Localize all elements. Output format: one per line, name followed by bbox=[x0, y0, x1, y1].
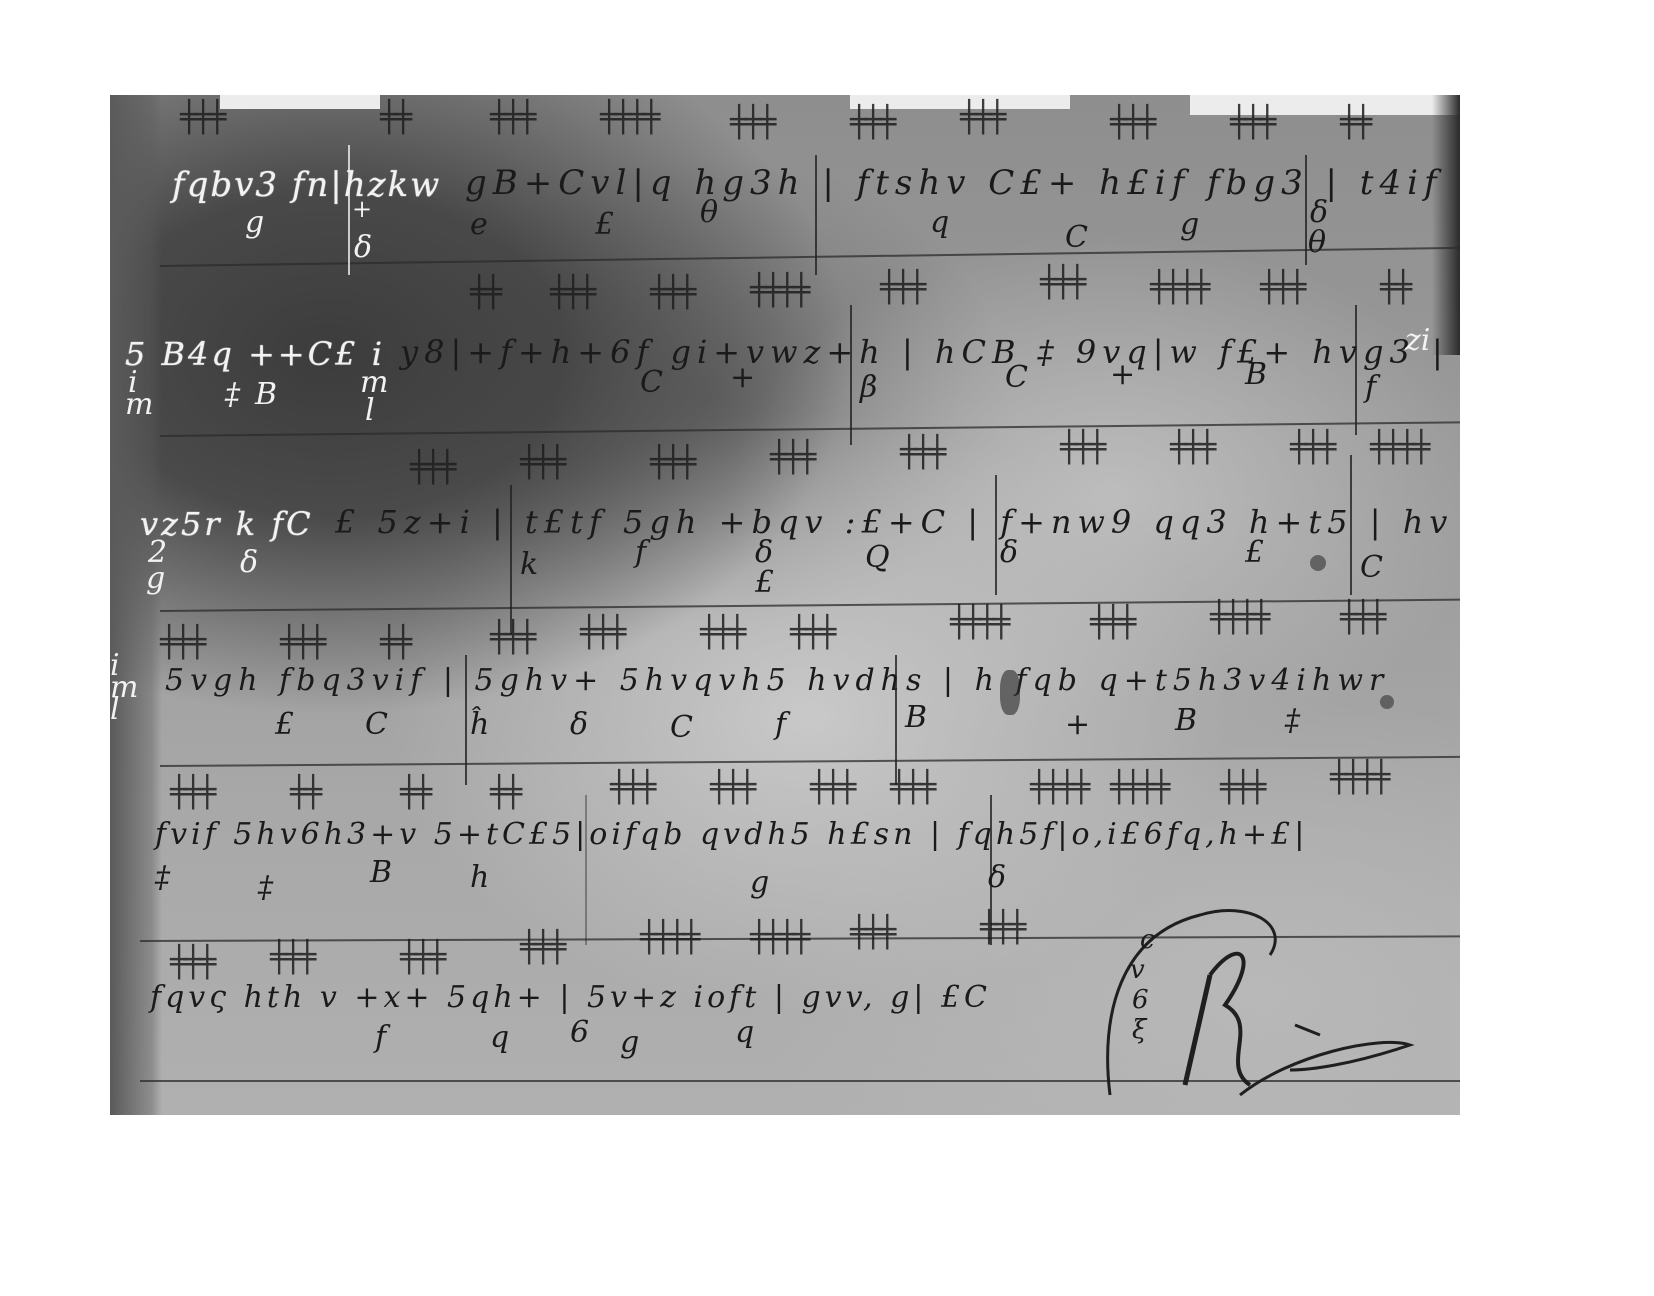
rhythm-flags: ╪╪ bbox=[400, 775, 428, 810]
sub-glyph: g bbox=[620, 1025, 639, 1060]
rhythm-flags: ╪╪╪ bbox=[410, 450, 452, 485]
rhythm-flags: ╪╪ bbox=[380, 100, 408, 135]
white-ink-prefix: 5 B4q ++C£ i bbox=[125, 335, 385, 373]
sub-glyph: δ bbox=[1000, 535, 1018, 570]
sub-glyph: θ bbox=[700, 195, 718, 230]
rhythm-flags: ╪╪╪ bbox=[730, 105, 772, 140]
sub-glyph: g bbox=[750, 865, 769, 900]
rhythm-flags: ╪╪╪ bbox=[1110, 105, 1152, 140]
rhythm-flags: ╪╪╪╪ bbox=[1150, 270, 1206, 305]
rhythm-flags: ╪╪╪ bbox=[980, 910, 1022, 945]
sub-glyph: β bbox=[860, 370, 877, 405]
sub-glyph: e bbox=[470, 207, 488, 242]
tablature-line: £ 5z+i | t£tf 5gh +bqv :£+C | f+nw9 qq3 … bbox=[335, 503, 1453, 541]
sub-glyph: C bbox=[365, 707, 388, 742]
white-ink-prefix: fqbv3 fn|hzkw bbox=[172, 165, 441, 205]
sub-glyph: B bbox=[255, 377, 277, 412]
sub-glyph: C bbox=[1065, 220, 1088, 255]
signature-annotation: ξ bbox=[1132, 1015, 1146, 1045]
sub-glyph: £ bbox=[755, 565, 774, 600]
rhythm-flags: ╪╪╪ bbox=[1040, 265, 1082, 300]
rhythm-flags: ╪╪╪ bbox=[960, 100, 1002, 135]
sub-glyph: £ bbox=[595, 207, 614, 242]
sub-glyph: q bbox=[490, 1020, 509, 1055]
rhythm-flags: ╪╪╪ bbox=[490, 100, 532, 135]
ink-blot bbox=[1000, 670, 1020, 715]
rhythm-flags: ╪╪╪ bbox=[580, 615, 622, 650]
rhythm-flags: ╪╪╪ bbox=[850, 105, 892, 140]
rhythm-flags: ╪╪╪ bbox=[890, 770, 932, 805]
rhythm-flags: ╪╪╪ bbox=[1340, 600, 1382, 635]
rhythm-flags: ╪╪ bbox=[1380, 270, 1408, 305]
tablature-line: gB+Cvl|q hg3h | ftshv C£+ h£if fbg3 | t4… bbox=[465, 163, 1443, 203]
tablature-line: 5vgh fbq3vif | 5ghv+ 5hvqvh5 hvdhs | h f… bbox=[165, 663, 1389, 698]
signature-annotation: v bbox=[1130, 955, 1145, 985]
sub-glyph: l bbox=[365, 393, 375, 428]
rhythm-flags: ╪╪╪╪ bbox=[1370, 430, 1426, 465]
sub-glyph: B bbox=[905, 700, 927, 735]
sub-glyph: C bbox=[640, 365, 663, 400]
rhythm-flags: ╪╪╪ bbox=[180, 100, 222, 135]
sub-glyph: g bbox=[146, 561, 165, 596]
sub-glyph: B bbox=[1175, 703, 1197, 738]
rhythm-flags: ╪╪╪ bbox=[170, 945, 212, 980]
rhythm-flags: ╪╪╪ bbox=[880, 270, 922, 305]
rhythm-flags: ╪╪╪ bbox=[650, 275, 692, 310]
sub-glyph: C bbox=[1360, 550, 1383, 585]
rhythm-flags: ╪╪╪╪ bbox=[950, 605, 1006, 640]
rhythm-flags: ╪╪ bbox=[380, 625, 408, 660]
sub-glyph: f bbox=[635, 535, 646, 570]
sub-glyph: f bbox=[775, 707, 786, 742]
rhythm-flags: ╪╪╪ bbox=[1220, 770, 1262, 805]
sub-glyph: q bbox=[735, 1015, 754, 1050]
page-edge-shadow bbox=[1432, 95, 1460, 355]
rhythm-flags: ╪╪╪ bbox=[170, 775, 212, 810]
rhythm-flags: ╪╪╪╪ bbox=[1110, 770, 1166, 805]
sub-glyph: ‡ bbox=[225, 377, 240, 412]
sub-glyph: δ bbox=[570, 707, 588, 742]
sub-glyph: + bbox=[352, 195, 372, 223]
sub-glyph: h bbox=[470, 860, 489, 895]
rhythm-flags: ╪╪╪╪ bbox=[640, 920, 696, 955]
sub-glyph: f bbox=[375, 1020, 386, 1055]
bar-line bbox=[850, 305, 852, 445]
tablature-line: fvif 5hv6h3+v 5+tC£5|oifqb qvdh5 h£sn | … bbox=[155, 817, 1308, 852]
sub-glyph: + bbox=[730, 360, 755, 395]
sub-glyph: ‡ bbox=[1285, 703, 1300, 738]
tablature-line: y8|+f+h+6f gi+vwz+h | hCB ‡ 9vq|w f£+ hv… bbox=[400, 333, 1460, 371]
sub-glyph: + bbox=[1110, 357, 1135, 392]
margin-note: i m l bbox=[110, 655, 130, 721]
rhythm-flags: ╪╪╪ bbox=[520, 930, 562, 965]
rhythm-flags: ╪╪╪╪ bbox=[600, 100, 656, 135]
rhythm-flags: ╪╪╪ bbox=[1060, 430, 1102, 465]
rhythm-flags: ╪╪╪ bbox=[850, 915, 892, 950]
rhythm-flags: ╪╪╪ bbox=[1290, 430, 1332, 465]
rhythm-flags: ╪╪╪╪ bbox=[750, 920, 806, 955]
sub-glyph: ĥ bbox=[470, 707, 489, 742]
rhythm-flags: ╪╪╪ bbox=[1260, 270, 1302, 305]
sub-glyph: m bbox=[125, 387, 153, 422]
rhythm-flags: ╪╪╪ bbox=[650, 445, 692, 480]
page-edge-shadow bbox=[110, 95, 162, 1115]
margin-note: zi bbox=[1405, 323, 1430, 358]
manuscript-photo: ╪╪╪ ╪╪ ╪╪╪ ╪╪╪╪ ╪╪╪ ╪╪╪ ╪╪╪ ╪╪╪ ╪╪╪ ╪╪ ╪… bbox=[110, 95, 1460, 1115]
rhythm-flags: ╪╪╪ bbox=[520, 445, 562, 480]
sub-glyph: g bbox=[1180, 207, 1199, 242]
sub-glyph: C bbox=[1005, 360, 1028, 395]
rhythm-flags: ╪╪╪ bbox=[160, 625, 202, 660]
rhythm-flags: ╪╪╪ bbox=[1230, 105, 1272, 140]
sub-glyph: B bbox=[370, 855, 392, 890]
sub-glyph: £ bbox=[275, 707, 294, 742]
rhythm-flags: ╪╪╪ bbox=[550, 275, 592, 310]
rhythm-flags: ╪╪╪ bbox=[710, 770, 752, 805]
rhythm-flags: ╪╪╪ bbox=[790, 615, 832, 650]
rhythm-flags: ╪╪╪ bbox=[270, 940, 312, 975]
rhythm-flags: ╪╪ bbox=[490, 775, 518, 810]
sub-glyph: q bbox=[930, 205, 949, 240]
sub-glyph: δ bbox=[988, 860, 1006, 895]
rhythm-flags: ╪╪╪╪ bbox=[1030, 770, 1086, 805]
sub-glyph: 6 bbox=[570, 1015, 589, 1050]
rhythm-flags: ╪╪╪ bbox=[770, 440, 812, 475]
sub-glyph: k bbox=[520, 547, 538, 582]
rhythm-flags: ╪╪╪ bbox=[490, 620, 532, 655]
tablature-line: fqvς hth v +x+ 5qh+ | 5v+z ioft | gvv, g… bbox=[150, 980, 991, 1015]
staff-rule bbox=[160, 421, 1460, 437]
torn-edge bbox=[220, 95, 380, 109]
rhythm-flags: ╪╪╪ bbox=[700, 615, 742, 650]
rhythm-flags: ╪╪ bbox=[470, 275, 498, 310]
rhythm-flags: ╪╪╪ bbox=[810, 770, 852, 805]
rhythm-flags: ╪╪╪ bbox=[1170, 430, 1212, 465]
sub-glyph: + bbox=[1065, 707, 1090, 742]
rhythm-flags: ╪╪ bbox=[290, 775, 318, 810]
sub-glyph: f bbox=[1365, 370, 1376, 405]
rhythm-flags: ╪╪ bbox=[1340, 105, 1368, 140]
sub-glyph: C bbox=[670, 710, 693, 745]
sub-glyph: ‡ bbox=[258, 870, 273, 905]
rhythm-flags: ╪╪╪ bbox=[900, 435, 942, 470]
sub-glyph: θ bbox=[1308, 225, 1326, 260]
sub-glyph: £ bbox=[1245, 535, 1264, 570]
sub-glyph: δ bbox=[240, 545, 258, 580]
rhythm-flags: ╪╪╪ bbox=[400, 940, 442, 975]
rhythm-flags: ╪╪╪ bbox=[1090, 605, 1132, 640]
sub-glyph: B bbox=[1245, 357, 1267, 392]
rhythm-flags: ╪╪╪ bbox=[280, 625, 322, 660]
sub-glyph: g bbox=[245, 205, 264, 240]
rhythm-flags: ╪╪╪╪ bbox=[1210, 600, 1266, 635]
sub-glyph: ‡ bbox=[155, 860, 170, 895]
sub-glyph: Q bbox=[865, 540, 890, 575]
ink-blot bbox=[1380, 695, 1394, 709]
rhythm-flags: ╪╪╪ bbox=[610, 770, 652, 805]
ink-blot bbox=[1310, 555, 1326, 571]
staff-rule bbox=[160, 756, 1460, 767]
signature-annotation: 6 bbox=[1132, 985, 1149, 1015]
rhythm-flags: ╪╪╪╪ bbox=[750, 273, 806, 308]
sub-glyph: δ bbox=[354, 230, 372, 265]
rhythm-flags: ╪╪╪╪ bbox=[1330, 760, 1386, 795]
signature-annotation: c bbox=[1140, 925, 1155, 955]
